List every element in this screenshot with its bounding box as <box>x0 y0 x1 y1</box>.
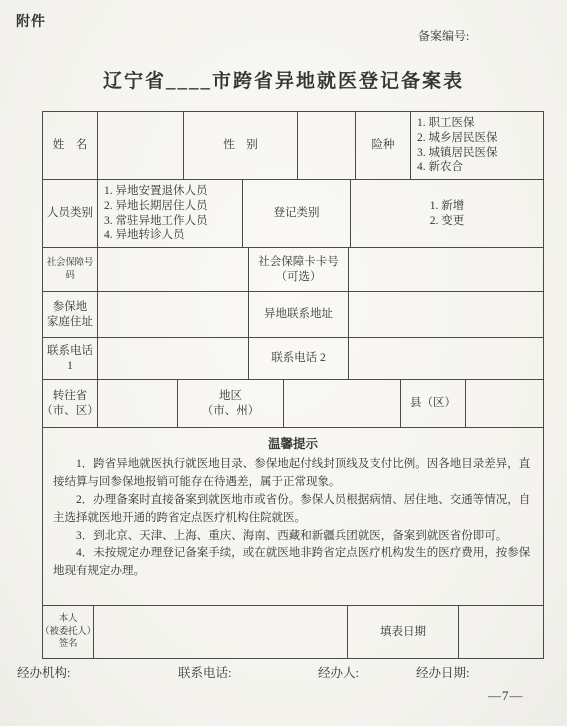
signature-label: 本人 （被委托人） 签名 <box>43 606 94 658</box>
fill-date-label: 填表日期 <box>348 606 459 658</box>
signature-value-cell <box>94 606 348 658</box>
destination-region-label: 地区 （市、州） <box>178 380 284 427</box>
insurance-option: 2. 城乡居民医保 <box>417 131 498 146</box>
registration-form-table: 姓 名 性 别 险种 1. 职工医保 2. 城乡居民医保 3. 城镇居民医保 4… <box>42 111 544 659</box>
row-addresses: 参保地 家庭住址 异地联系地址 <box>43 292 543 338</box>
card-number-label-line2: （可选） <box>276 270 322 285</box>
remote-address-label: 异地联系地址 <box>249 292 349 337</box>
row-tips: 温馨提示 1．跨省异地就医执行就医地目录、参保地起付线封顶线及支付比例。因各地目… <box>43 428 543 606</box>
row-phones: 联系电话 1 联系电话 2 <box>43 338 543 380</box>
name-label: 姓 名 <box>43 112 98 179</box>
contact-phone-label: 联系电话: <box>178 663 231 681</box>
ssn-label: 社会保障号码 <box>43 248 98 291</box>
attachment-label: 附件 <box>16 11 46 31</box>
person-category-option: 2. 异地长期居住人员 <box>104 199 208 214</box>
form-title: 辽宁省____市跨省异地就医登记备案表 <box>0 66 567 93</box>
tips-cell: 温馨提示 1．跨省异地就医执行就医地目录、参保地起付线封顶线及支付比例。因各地目… <box>43 428 543 605</box>
destination-region-value-cell <box>284 380 401 427</box>
destination-region-label-line1: 地区 <box>219 389 242 404</box>
page-number: —7— <box>488 688 524 704</box>
tips-item-1: 1．跨省异地就医执行就医地目录、参保地起付线封顶线及支付比例。因各地目录差异，直… <box>53 456 533 492</box>
scanned-form-page: 附件 备案编号: 辽宁省____市跨省异地就医登记备案表 姓 名 性 别 险种 … <box>0 0 567 726</box>
row-category-registration: 人员类别 1. 异地安置退休人员 2. 异地长期居住人员 3. 常驻异地工作人员… <box>43 180 543 248</box>
destination-province-label-line1: 转往省 <box>53 389 88 404</box>
home-address-value-cell <box>98 292 249 337</box>
tips-item-3: 3．到北京、天津、上海、重庆、海南、西藏和新疆兵团就医，备案到就医省份即可。 <box>53 528 533 546</box>
agency-label: 经办机构: <box>17 663 70 681</box>
registration-type-options: 1. 新增 2. 变更 <box>351 180 543 247</box>
registration-option: 2. 变更 <box>430 214 465 229</box>
destination-county-label: 县（区） <box>401 380 466 427</box>
person-category-option: 1. 异地安置退休人员 <box>104 184 208 199</box>
phone1-value-cell <box>98 338 249 379</box>
phone2-value-cell <box>349 338 543 379</box>
registration-option: 1. 新增 <box>430 199 465 214</box>
remote-address-value-cell <box>349 292 543 337</box>
row-signature: 本人 （被委托人） 签名 填表日期 <box>43 606 543 658</box>
tips-title: 温馨提示 <box>53 435 533 454</box>
home-address-label-line2: 家庭住址 <box>47 315 93 330</box>
row-destination: 转往省 （市、区） 地区 （市、州） 县（区） <box>43 380 543 428</box>
home-address-label-line1: 参保地 <box>53 300 88 315</box>
gender-label: 性 别 <box>184 112 298 179</box>
destination-province-label: 转往省 （市、区） <box>43 380 98 427</box>
person-category-options: 1. 异地安置退休人员 2. 异地长期居住人员 3. 常驻异地工作人员 4. 异… <box>98 180 243 247</box>
card-number-label-line1: 社会保障卡卡号 <box>258 255 339 270</box>
insurance-option: 3. 城镇居民医保 <box>417 146 498 161</box>
person-category-option: 3. 常驻异地工作人员 <box>104 214 208 229</box>
operator-label: 经办人: <box>318 663 359 681</box>
tips-item-4: 4．未按规定办理登记备案手续，或在就医地非跨省定点医疗机构发生的医疗费用，按参保… <box>53 545 533 581</box>
tips-item-2: 2．办理备案时直接备案到就医地市或省份。参保人员根据病情、居住地、交通等情况，自… <box>53 492 533 528</box>
row-name-gender-insurance: 姓 名 性 别 险种 1. 职工医保 2. 城乡居民医保 3. 城镇居民医保 4… <box>43 112 543 180</box>
handle-date-label: 经办日期: <box>416 663 469 681</box>
registration-type-label: 登记类别 <box>243 180 351 247</box>
row-ssn-card: 社会保障号码 社会保障卡卡号 （可选） <box>43 248 543 292</box>
card-number-label: 社会保障卡卡号 （可选） <box>249 248 349 291</box>
gender-value-cell <box>298 112 356 179</box>
insurance-type-options: 1. 职工医保 2. 城乡居民医保 3. 城镇居民医保 4. 新农合 <box>411 112 543 179</box>
ssn-value-cell <box>98 248 249 291</box>
signature-label-line2: （被委托人） <box>43 626 94 638</box>
destination-county-value-cell <box>466 380 543 427</box>
destination-province-label-line2: （市、区） <box>43 404 98 419</box>
name-value-cell <box>98 112 184 179</box>
destination-region-label-line2: （市、州） <box>202 404 260 419</box>
person-category-label: 人员类别 <box>43 180 98 247</box>
person-category-option: 4. 异地转诊人员 <box>104 228 185 243</box>
registration-options-wrap: 1. 新增 2. 变更 <box>430 199 465 229</box>
destination-province-value-cell <box>98 380 178 427</box>
phone1-label: 联系电话 1 <box>43 338 98 379</box>
signature-label-line1: 本人 <box>59 613 78 625</box>
insurance-option: 4. 新农合 <box>417 160 463 175</box>
card-number-value-cell <box>349 248 543 291</box>
fill-date-value-cell <box>459 606 543 658</box>
record-number-label: 备案编号: <box>418 27 469 44</box>
home-address-label: 参保地 家庭住址 <box>43 292 98 337</box>
insurance-option: 1. 职工医保 <box>417 116 475 131</box>
phone2-label: 联系电话 2 <box>249 338 349 379</box>
insurance-type-label: 险种 <box>356 112 411 179</box>
signature-label-line3: 签名 <box>59 638 78 650</box>
